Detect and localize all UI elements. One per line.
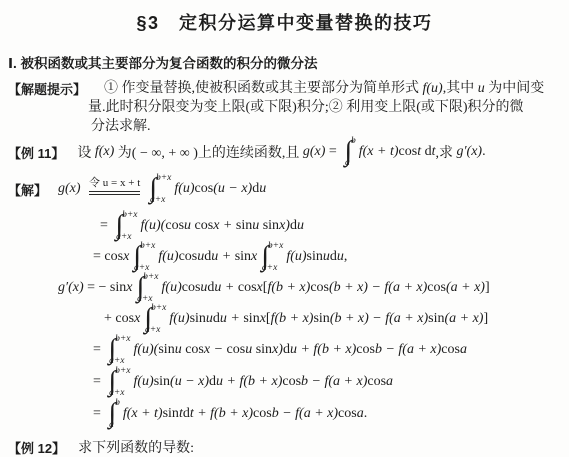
math-text: d: [290, 218, 297, 234]
math-text: g(x): [303, 144, 329, 160]
math-text: d: [183, 406, 190, 422]
math-text: sin: [154, 374, 170, 390]
math-text: d: [209, 374, 216, 390]
math-text: u +: [214, 280, 237, 296]
integral-limits: b+xa+x: [116, 335, 130, 365]
math-text: (u − x): [213, 181, 252, 197]
math-text: cos: [338, 406, 357, 422]
page-title: §3 定积分运算中变量替换的技巧: [0, 0, 569, 35]
math-text: =: [93, 374, 104, 390]
integral-limits: b+xa+x: [269, 242, 283, 272]
math-text: cos: [195, 181, 214, 197]
hint-line: 分法求解.: [88, 117, 544, 136]
math-text: cos: [441, 342, 460, 358]
integral-lower-limit: a: [109, 420, 120, 430]
math-text: 量.此时积分限变为变上限(或下限)积分;② 利用变上限(或下限)积分的微: [88, 100, 524, 115]
math-text: u: [323, 249, 330, 265]
hint-label: 【解题提示】: [8, 79, 88, 98]
math-text: ]: [483, 311, 488, 327]
example12-label: 【例 12】: [8, 438, 65, 457]
math-text: a: [386, 374, 393, 390]
hint-lines: ① 作变量替换,使被积函数或其主要部分为简单形式 f(u),其中 u 为中间变量…: [88, 79, 544, 136]
math-text: f(u): [162, 280, 182, 296]
math-text: x −: [204, 342, 227, 358]
integral-upper-limit: b+x: [143, 272, 158, 282]
integral-limits: b+xa+x: [123, 211, 137, 241]
math-text: u: [184, 218, 195, 234]
math-text: ,: [344, 249, 348, 265]
integral-lower-limit: a+x: [109, 388, 130, 398]
math-text: f(b + x): [271, 311, 314, 327]
math-text: f(x): [95, 144, 114, 160]
math-text: sin: [163, 406, 179, 422]
math-text: u: [245, 342, 256, 358]
math-text: cos: [367, 374, 386, 390]
math-text: 为( − ∞, + ∞ )上的连续函数,且: [114, 142, 303, 162]
formula-line: = ∫b+xa+xf(u)sin(u − x)du + f(b + x)cosb…: [93, 366, 569, 398]
formula-line: + cosx∫b+xa+xf(u)sinudu + sinx[f(b + x)s…: [104, 303, 569, 334]
integral: ∫b+xa+x: [149, 174, 171, 204]
long-equals-bar: [89, 191, 140, 195]
formula-line: = ∫b+xa+xf(u)(cosu cosx + sinu sinx)du: [100, 210, 569, 241]
math-text: =: [93, 342, 104, 358]
math-text: =: [100, 218, 111, 234]
integral-limits: b+xa+x: [157, 174, 171, 204]
integral-limits: ba: [352, 137, 356, 167]
math-text: 分法求解.: [91, 119, 151, 134]
math-text: b − f(a + x): [272, 406, 338, 422]
formula-line: = ∫b+xa+xf(u)(sinu cosx − cosu sinx)du +…: [93, 334, 569, 366]
math-text: ]: [485, 280, 490, 296]
math-text: (a + x): [444, 311, 483, 327]
math-text: (b + x) − f(a + x): [329, 280, 427, 296]
integral-lower-limit: a+x: [109, 356, 130, 366]
math-text: (b + x) − f(a + x): [330, 311, 428, 327]
math-text: cos: [399, 144, 418, 160]
textbook-page: §3 定积分运算中变量替换的技巧 Ⅰ. 被积函数或其主要部分为复合函数的积分的微…: [0, 0, 569, 457]
math-text: sin: [158, 342, 174, 358]
integral-limits: b+xa+x: [152, 304, 166, 334]
math-text: cos: [185, 342, 204, 358]
math-text: f(b + x): [267, 280, 310, 296]
integral: ∫b+xa+x: [133, 242, 155, 272]
integral: ∫b+xa+x: [108, 335, 130, 365]
math-text: ,其中: [443, 81, 478, 96]
math-text: sin: [235, 249, 251, 265]
math-text: x): [272, 342, 283, 358]
math-text: d: [204, 249, 211, 265]
math-text: d: [425, 144, 432, 160]
math-text: u: [200, 280, 207, 296]
math-text: f(u): [133, 374, 153, 390]
integral-limits: b+xa+x: [141, 242, 155, 272]
integral: ∫ba: [108, 399, 119, 429]
math-text: u +: [220, 311, 243, 327]
math-text: cos: [282, 374, 301, 390]
math-text: t: [417, 144, 424, 160]
substitution-annotation: 令 u = x + t: [89, 174, 140, 195]
math-text: sin: [428, 311, 444, 327]
math-text: cos: [227, 342, 246, 358]
math-text: x: [251, 249, 257, 265]
math-text: f(x + t): [359, 144, 399, 160]
math-text: + cos: [104, 311, 134, 327]
math-text: cos: [238, 280, 257, 296]
math-text: d: [330, 249, 337, 265]
math-text: b − f(a + x): [375, 342, 441, 358]
math-text: cos: [356, 342, 375, 358]
integral-upper-limit: b+x: [268, 241, 283, 251]
integral-lower-limit: a+x: [150, 195, 171, 205]
solution-label: 【解】: [8, 180, 58, 199]
integral-upper-limit: b+x: [115, 334, 130, 344]
math-text: sin: [243, 311, 259, 327]
integral-lower-limit: a+x: [262, 263, 283, 273]
math-text: sin: [236, 218, 252, 234]
integral-lower-limit: a+x: [116, 232, 137, 242]
math-text: f(u)(: [133, 342, 158, 358]
integral-upper-limit: b+x: [115, 366, 130, 376]
math-text: sin: [307, 249, 323, 265]
integral-upper-limit: b: [351, 136, 356, 146]
math-text: d: [207, 280, 214, 296]
integral: ∫b+xa+x: [108, 367, 130, 397]
math-text: .: [482, 144, 486, 160]
math-text: f(u)(: [140, 218, 165, 234]
math-text: = − sin: [87, 280, 126, 296]
annotation-text: 令 u = x + t: [89, 174, 140, 190]
integral-upper-limit: b+x: [151, 303, 166, 313]
math-text: x): [279, 218, 290, 234]
math-text: x: [126, 280, 132, 296]
math-text: d: [252, 181, 259, 197]
math-text: u: [478, 81, 485, 96]
integral-lower-limit: a+x: [145, 325, 166, 335]
formula-line: = cosx∫b+xa+xf(u)cosudu + sinx∫b+xa+xf(u…: [93, 241, 569, 272]
math-text: = cos: [93, 249, 123, 265]
math-text: ,求: [435, 142, 456, 162]
math-text: cos: [182, 280, 201, 296]
integral: ∫b+xa+x: [144, 304, 166, 334]
math-text: d: [213, 311, 220, 327]
math-text: =: [329, 144, 340, 160]
math-text: g(x): [58, 181, 84, 197]
math-text: (a + x): [446, 280, 485, 296]
integral-limits: b+xa+x: [116, 367, 130, 397]
math-text: f(u): [174, 181, 194, 197]
math-text: t + f(b + x): [190, 406, 253, 422]
math-text: u +: [211, 249, 234, 265]
math-text: f(u): [286, 249, 306, 265]
integral-upper-limit: b+x: [140, 241, 155, 251]
math-text: f(x + t): [123, 406, 163, 422]
math-text: cos: [179, 249, 198, 265]
example11-row: 【例 11】 设 f(x) 为( − ∞, + ∞ )上的连续函数,且 g(x)…: [8, 136, 569, 168]
math-text: sin: [313, 311, 329, 327]
integral: ∫b+xa+x: [261, 242, 283, 272]
math-text: u: [206, 311, 213, 327]
integral: ∫b+xa+x: [115, 211, 137, 241]
example12-text: 求下列函数的导数:: [78, 437, 194, 457]
math-text: a: [460, 342, 467, 358]
math-text: ① 作变量替换,使被积函数或其主要部分为简单形式: [104, 81, 423, 96]
math-text: sin: [190, 311, 206, 327]
math-text: 设: [77, 142, 95, 162]
integral: ∫b+xa+x: [136, 273, 158, 303]
math-text: sin: [263, 218, 279, 234]
integral-limits: ba: [116, 399, 120, 429]
math-text: cos: [253, 406, 272, 422]
math-text: cos: [165, 218, 184, 234]
math-text: x +: [213, 218, 236, 234]
math-text: g′(x): [456, 144, 482, 160]
example11-formula: 设 f(x) 为( − ∞, + ∞ )上的连续函数,且 g(x) = ∫baf…: [77, 137, 485, 167]
math-text: u: [259, 181, 266, 197]
formula-line: g′(x) = − sinx∫b+xa+xf(u)cosudu + cosx[f…: [58, 272, 569, 303]
integral-upper-limit: b+x: [156, 173, 171, 183]
math-text: f(u): [158, 249, 178, 265]
math-text: a: [357, 406, 364, 422]
hint-line: 量.此时积分限变为变上限(或下限)积分;② 利用变上限(或下限)积分的微: [88, 98, 544, 117]
hint-block: 【解题提示】 ① 作变量替换,使被积函数或其主要部分为简单形式 f(u),其中 …: [8, 79, 569, 136]
math-text: u: [297, 218, 304, 234]
formula-line: 【解】g(x) 令 u = x + t∫b+xa+xf(u)cos(u − x)…: [8, 168, 569, 210]
math-text: u + f(b + x): [290, 342, 356, 358]
math-text: (u − x): [170, 374, 209, 390]
math-text: f(u): [423, 81, 443, 96]
integral-limits: b+xa+x: [144, 273, 158, 303]
math-text: cos: [310, 280, 329, 296]
math-text: f(u): [169, 311, 189, 327]
math-text: 为中间变: [485, 81, 545, 96]
hint-line: ① 作变量替换,使被积函数或其主要部分为简单形式 f(u),其中 u 为中间变: [88, 79, 544, 98]
math-text: sin: [256, 342, 272, 358]
integral-lower-limit: a: [345, 158, 356, 168]
math-text: cos: [427, 280, 446, 296]
math-text: u: [197, 249, 204, 265]
math-text: u: [252, 218, 263, 234]
math-text: g′(x): [58, 280, 87, 296]
math-text: d: [283, 342, 290, 358]
solution-block: 【解】g(x) 令 u = x + t∫b+xa+xf(u)cos(u − x)…: [0, 168, 569, 430]
math-text: u: [337, 249, 344, 265]
math-text: =: [93, 406, 104, 422]
example11-label: 【例 11】: [8, 143, 64, 162]
math-text: 求下列函数的导数:: [78, 437, 194, 457]
math-text: u + f(b + x): [216, 374, 282, 390]
integral-upper-limit: b: [115, 398, 120, 408]
math-text: b − f(a + x): [301, 374, 367, 390]
formula-line: = ∫baf(x + t)sintdt + f(b + x)cosb − f(a…: [93, 398, 569, 430]
integral: ∫ba: [344, 137, 355, 167]
math-text: x: [134, 311, 140, 327]
math-text: u: [175, 342, 186, 358]
math-text: x: [123, 249, 129, 265]
integral-upper-limit: b+x: [122, 210, 137, 220]
math-text: cos: [195, 218, 214, 234]
example12-row: 【例 12】 求下列函数的导数:: [8, 437, 569, 457]
section-heading: Ⅰ. 被积函数或其主要部分为复合函数的积分的微分法: [8, 52, 569, 72]
math-text: .: [364, 406, 368, 422]
